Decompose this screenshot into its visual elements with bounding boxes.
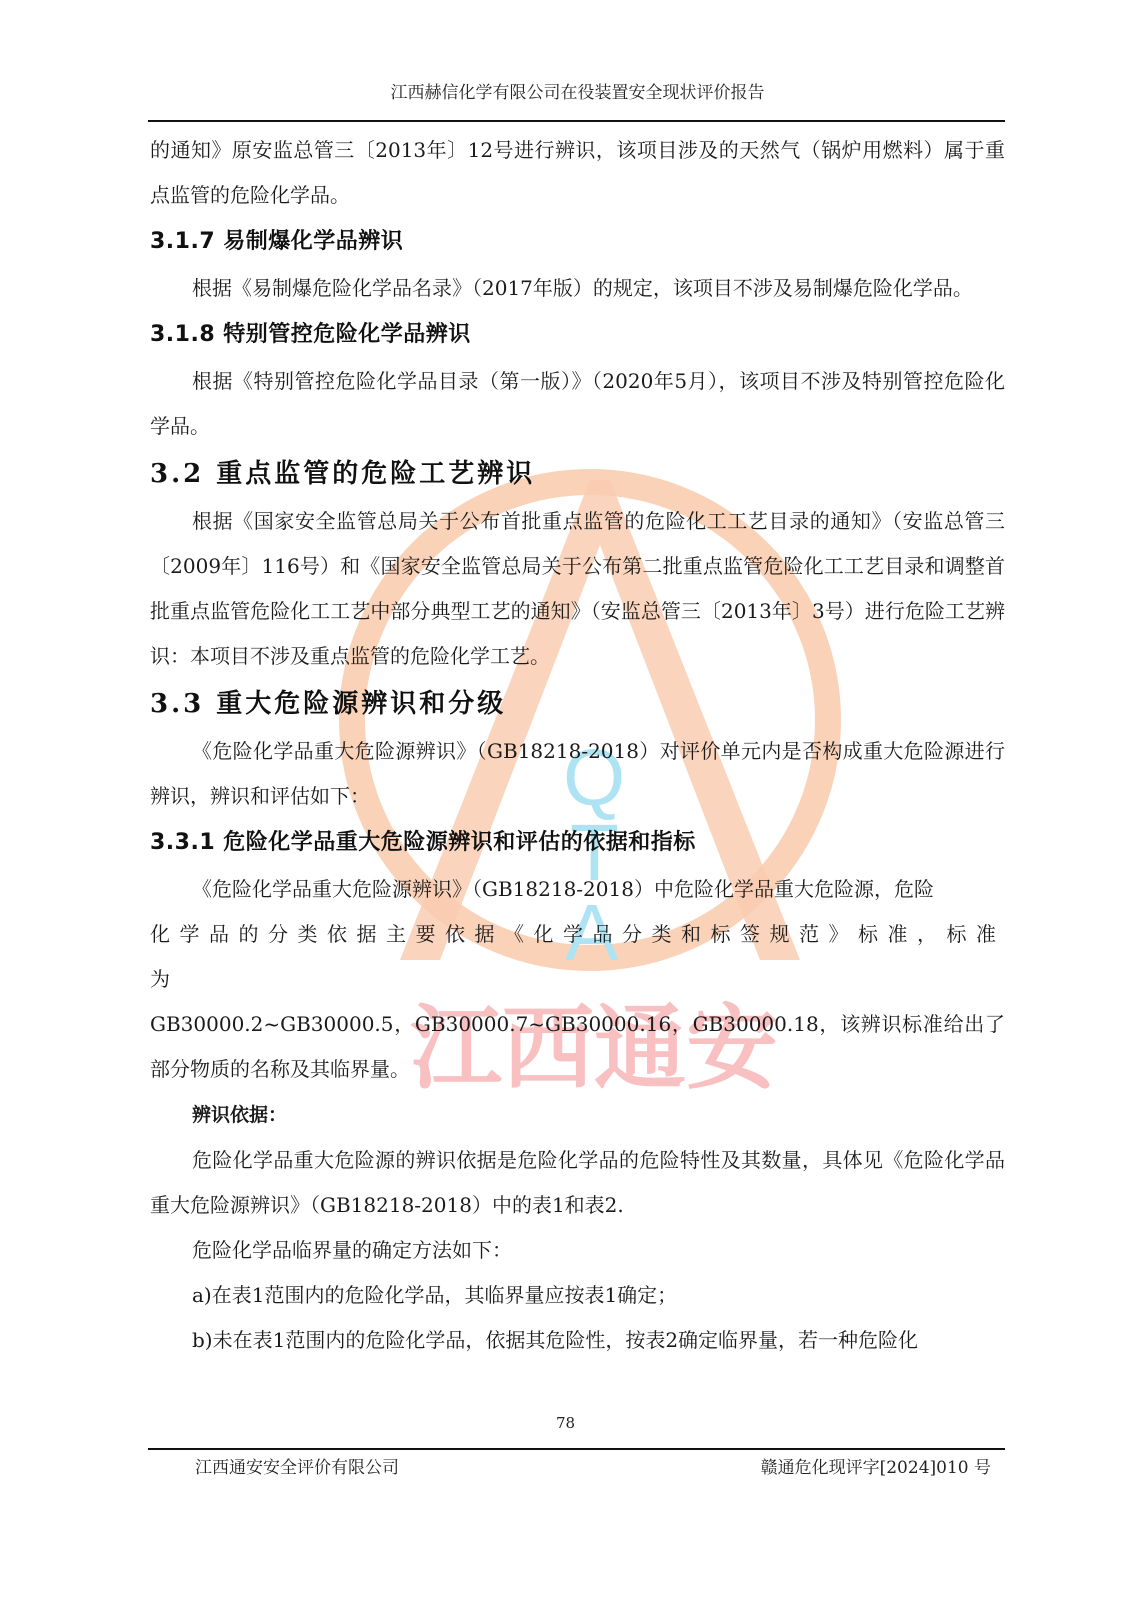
paragraph-continuation: 的通知》原安监总管三〔2013年〕12号进行辨识，该项目涉及的天然气（锅炉用燃料… <box>150 128 1005 218</box>
method-item-a: a)在表1范围内的危险化学品，其临界量应按表1确定； <box>150 1273 1005 1318</box>
section-3-3-1-text-line1: 《危险化学品重大危险源辨识》（GB18218-2018）中危险化学品重大危险源，… <box>150 867 1005 912</box>
section-3-2-heading: 3.2 重点监管的危险工艺辨识 <box>150 449 1005 499</box>
section-3-3-heading: 3.3 重大危险源辨识和分级 <box>150 679 1005 729</box>
section-3-1-7-text: 根据《易制爆危险化学品名录》（2017年版）的规定，该项目不涉及易制爆危险化学品… <box>150 266 1005 311</box>
section-3-3-text: 《危险化学品重大危险源辨识》（GB18218-2018）对评价单元内是否构成重大… <box>150 729 1005 819</box>
footer-doc-code: 赣通危化现评字[2024]010 号 <box>761 1453 991 1478</box>
section-3-1-8-text: 根据《特别管控危险化学品目录（第一版）》（2020年5月），该项目不涉及特别管控… <box>150 359 1005 449</box>
page-header-title: 江西赫信化学有限公司在役装置安全现状评价报告 <box>150 78 1005 103</box>
section-3-1-8-heading: 3.1.8 特别管控危险化学品辨识 <box>150 311 1005 359</box>
section-3-1-7-heading: 3.1.7 易制爆化学品辨识 <box>150 218 1005 266</box>
method-intro: 危险化学品临界量的确定方法如下： <box>150 1228 1005 1273</box>
page-number: 78 <box>0 1414 1131 1432</box>
section-3-3-1-text-line2: 化学品的分类依据主要依据《化学品分类和标签规范》标准，标准为 <box>150 912 1005 1002</box>
section-3-3-1-heading: 3.3.1 危险化学品重大危险源辨识和评估的依据和指标 <box>150 819 1005 867</box>
method-item-b: b)未在表1范围内的危险化学品，依据其危险性，按表2确定临界量，若一种危险化 <box>150 1318 1005 1363</box>
document-body: 的通知》原安监总管三〔2013年〕12号进行辨识，该项目涉及的天然气（锅炉用燃料… <box>150 128 1005 1363</box>
footer-company: 江西通安安全评价有限公司 <box>195 1453 399 1478</box>
section-3-2-text: 根据《国家安全监管总局关于公布首批重点监管的危险化工工艺目录的通知》（安监总管三… <box>150 499 1005 679</box>
footer-divider <box>148 1448 1005 1450</box>
basis-label: 辨识依据： <box>192 1104 287 1126</box>
header-divider <box>148 120 1005 122</box>
section-3-3-1-text-line3: GB30000.2~GB30000.5，GB30000.7~GB30000.16… <box>150 1002 1005 1092</box>
basis-text: 危险化学品重大危险源的辨识依据是危险化学品的危险特性及其数量，具体见《危险化学品… <box>150 1138 1005 1228</box>
